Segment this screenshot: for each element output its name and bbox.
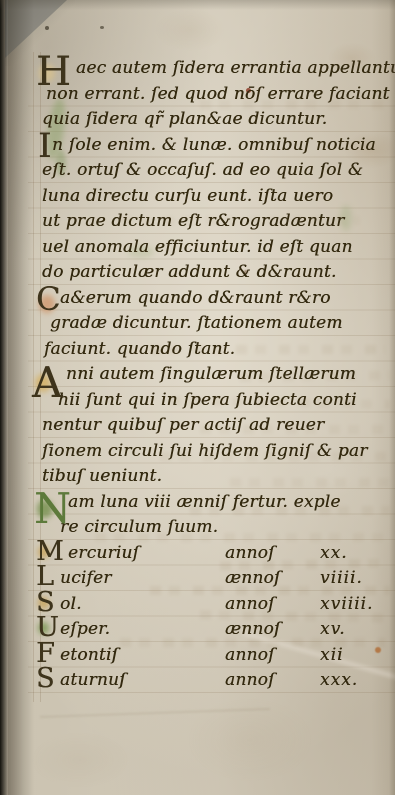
drop-cap: N [34,488,71,530]
planet-table: Mercuriuſannoſxx.Luciferænnoſviiii.Sol.a… [36,541,395,694]
drop-cap-glyph: H [36,49,71,95]
text-line-content: a&erum quando d&raunt r&ro [60,288,331,308]
table-row: Mercuriuſannoſxx. [36,541,395,567]
text-line: eſt. ortuſ & occaſuſ. ad eo quia ſol & [36,158,395,184]
drop-cap: A [32,362,63,404]
text-line: re circulum ſuum. [36,515,395,541]
text-line: Ca&erum quando d&raunt r&ro [36,286,395,312]
text-line: uel anomala efficiuntur. id eſt quan [36,235,395,261]
drop-cap: I [38,129,52,163]
right-edge-shadow [389,0,395,795]
planet-value: xv. [320,617,346,643]
paragraph: Anni autem ſingulærum ſtellærumhii ſunt … [36,362,395,490]
drop-cap-glyph: C [36,280,61,318]
text-line-content: luna directu curſu eunt. iſta uero [42,186,333,206]
text-line-content: aec autem ſidera errantia appellantur [76,58,395,78]
drop-cap: U [36,614,59,641]
text-line: faciunt. quando ſtant. [36,337,395,363]
drop-cap-glyph: A [32,358,63,407]
text-line-content: uel anomala efficiuntur. id eſt quan [42,237,353,257]
planet-unit: ænnoſ [225,617,280,643]
drop-cap: L [36,563,54,590]
manuscript-page: Haec autem ſidera errantia appellanturno… [0,0,395,795]
text-line-content: am luna viii ænniſ fertur. exple [68,492,341,512]
planet-value: xviiii. [320,592,373,618]
text-line-content: nentur quibuſ per actiſ ad reuer [42,415,324,435]
text-line: quia ſidera qr̃ plan&ae dicuntur. [36,107,395,133]
planet-unit: annoſ [225,541,275,567]
text-line: hii ſunt qui in ſpera ſubiecta conti [36,388,395,414]
text-line: ſionem circuli ſui hiſdem ſigniſ & par [36,439,395,465]
paragraph: In ſole enim. & lunæ. omnibuſ noticiaeſt… [36,133,395,286]
planet-value: xx. [320,541,348,567]
gutter-shadow [8,0,34,795]
drop-cap: S [36,665,55,692]
planet-value: xxx. [320,668,358,694]
text-line-content: n ſole enim. & lunæ. omnibuſ noticia [52,135,376,155]
text-line-content: tibuſ ueniunt. [42,466,162,486]
drop-cap-glyph: N [34,484,71,533]
text-line-content: ut prae dictum eſt r&rogradæntur [42,211,344,231]
text-line: In ſole enim. & lunæ. omnibuſ noticia [36,133,395,159]
planet-unit: annoſ [225,592,275,618]
paragraph: Ca&erum quando d&raunt r&rogradæ dicuntu… [36,286,395,363]
drop-cap: H [36,52,71,92]
table-row: Sol.annoſxviiii. [36,592,395,618]
text-line-content: re circulum ſuum. [60,517,218,537]
text-line-content: hii ſunt qui in ſpera ſubiecta conti [58,390,357,410]
planet-unit: annoſ [225,668,275,694]
drop-cap-glyph: S [36,663,55,694]
text-line: do particulær addunt & d&raunt. [36,260,395,286]
text-line-content: ſionem circuli ſui hiſdem ſigniſ & par [42,441,368,461]
top-edge-shadow [0,0,395,10]
table-row: Fetontiſannoſxii [36,643,395,669]
binding-edge [0,0,8,795]
text-line: luna directu curſu eunt. iſta uero [36,184,395,210]
text-line-content: do particulær addunt & d&raunt. [42,262,337,282]
planet-unit: ænnoſ [225,566,280,592]
drop-cap-glyph: I [38,126,52,166]
planet-value: xii [320,643,343,669]
text-line-content: faciunt. quando ſtant. [44,339,235,359]
text-line: Haec autem ſidera errantia appellantur [36,56,395,82]
text-line: non errant. ſed quod nōſ errare faciant [36,82,395,108]
table-row: Luciferænnoſviiii. [36,566,395,592]
text-line-content: eſt. ortuſ & occaſuſ. ad eo quia ſol & [42,160,363,180]
paragraph: Nam luna viii ænniſ fertur. explere circ… [36,490,395,541]
text-line-content: nni autem ſingulærum ſtellærum [66,364,356,384]
text-line: Nam luna viii ænniſ fertur. exple [36,490,395,516]
table-row: Saturnuſannoſxxx. [36,668,395,694]
table-row: Ueſper.ænnoſxv. [36,617,395,643]
text-line: ut prae dictum eſt r&rogradæntur [36,209,395,235]
text-line-content: gradæ dicuntur. ſtationem autem [50,313,343,333]
dark-speck [100,26,104,29]
paragraph: Haec autem ſidera errantia appellanturno… [36,56,395,133]
text-line: gradæ dicuntur. ſtationem autem [36,311,395,337]
parchment-crease [40,708,270,718]
drop-cap: C [36,283,61,315]
planet-unit: annoſ [225,643,275,669]
text-block: Haec autem ſidera errantia appellanturno… [36,56,395,694]
text-line: tibuſ ueniunt. [36,464,395,490]
text-line: nentur quibuſ per actiſ ad reuer [36,413,395,439]
text-line-content: quia ſidera qr̃ plan&ae dicuntur. [42,109,327,129]
text-line: Anni autem ſingulærum ſtellærum [36,362,395,388]
planet-value: viiii. [320,566,363,592]
text-line-content: non errant. ſed quod nōſ errare faciant [46,84,390,104]
